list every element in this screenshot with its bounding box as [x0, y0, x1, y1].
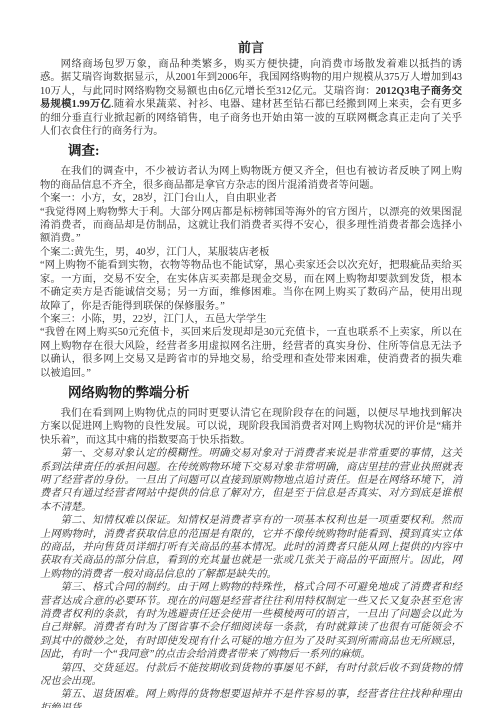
case-3-block: 个案三：小陈，男，22岁，江门人，五邑大学学生 “我曾在网上购买50元充值卡，买… — [40, 313, 462, 380]
case-3-label: 个案三：小陈，男，22岁，江门人，五邑大学学生 — [40, 313, 462, 326]
case-1-quote: “我觉得网上购物弊大于利。大部分网店都是标榜韩国等海外的官方图片，以漂亮的效果图… — [40, 206, 462, 246]
case-1-block: 个案一：小方，女，28岁，江门台山人，自由职业者 “我觉得网上购物弊大于利。大部… — [40, 192, 462, 246]
survey-intro-paragraph: 在我们的调查中，不少被访者认为网上购物既方便又齐全，但也有被访者反映了网上购物的… — [40, 165, 462, 192]
case-2-quote: “网上购物不能看到实物，衣物等物品也不能试穿，黑心卖家还会以次充好，把瑕疵品卖给… — [40, 259, 462, 313]
case-3-quote: “我曾在网上购买50元充值卡，买回来后发现却是30元充值卡，一直也联系不上卖家，… — [40, 326, 462, 380]
case-2-label: 个案二:黄先生，男，40岁，江门人，某服装店老板 — [40, 246, 462, 259]
analysis-point-5: 第五、退货困难。网上购得的货物想要退掉并不是件容易的事，经营者往往找种种理由拒绝… — [40, 688, 462, 708]
analysis-point-1: 第一、交易对象认定的模糊性。明确交易对象对于消费者来说是非常重要的事情，这关系到… — [40, 447, 462, 514]
case-1-label: 个案一：小方，女，28岁，江门台山人，自由职业者 — [40, 192, 462, 205]
case-2-block: 个案二:黄先生，男，40岁，江门人，某服装店老板 “网上购物不能看到实物，衣物等… — [40, 246, 462, 313]
analysis-section-title: 网络购物的弊端分析 — [40, 385, 462, 401]
preface-title: 前言 — [40, 40, 462, 55]
analysis-point-4: 第四、交货延迟。付款后不能按期收到货物的事屡见不鲜，有时付款后收不到货物的情况也… — [40, 662, 462, 689]
analysis-intro-paragraph: 我们在看到网上购物优点的同时更要认清它在现阶段存在的问题，以便尽早地找到解决方案… — [40, 407, 462, 447]
document-page: 前言 网络商场包罗万象，商品种类繁多，购买方便快捷，向消费市场散发着难以抵挡的诱… — [0, 0, 500, 708]
survey-section-title: 调查: — [40, 143, 462, 159]
analysis-point-2: 第二、知情权难以保证。知情权是消费者享有的一项基本权利也是一项重要权利。然而上网… — [40, 514, 462, 581]
analysis-point-3: 第三、格式合同的制约。由于网上购物的特殊性，格式合同不可避免地成了消费者和经营者… — [40, 581, 462, 661]
preface-paragraph: 网络商场包罗万象，商品种类繁多，购买方便快捷，向消费市场散发着难以抵挡的诱惑。据… — [40, 58, 462, 138]
analysis-points: 第一、交易对象认定的模糊性。明确交易对象对于消费者来说是非常重要的事情，这关系到… — [40, 447, 462, 708]
